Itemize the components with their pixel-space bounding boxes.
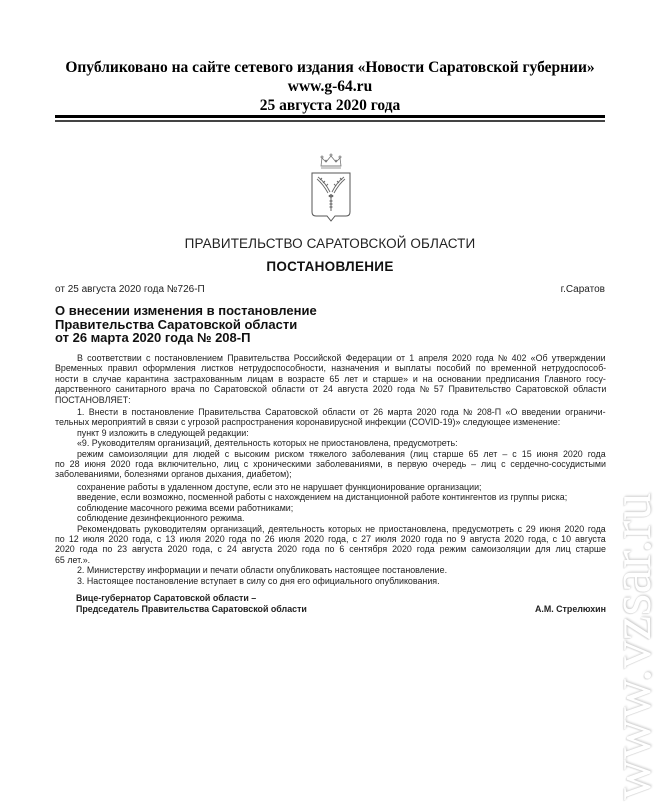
body-line: по 28 июня 2020 года включительно, лиц с…: [55, 459, 606, 469]
body-line: 2020 года по 23 августа 2020 года, с 24 …: [55, 544, 606, 554]
body-line: 1. Внести в постановление Правительства …: [55, 407, 606, 417]
body-line: ности в случае карантина застрахованным …: [55, 374, 606, 384]
body-line: Временных правил оформления листков нетр…: [55, 363, 606, 373]
signatory-name: А.М. Стрелюхин: [535, 604, 606, 615]
point9-heading: «9. Руководителям организаций, деятельно…: [55, 438, 606, 448]
subject-line: от 26 марта 2020 года № 208-П: [55, 331, 317, 345]
item-2: 2. Министерству информации и печати обла…: [55, 565, 606, 575]
body-line: режим самоизоляции для людей с высоким р…: [55, 449, 606, 459]
subject-line: О внесении изменения в постановление: [55, 304, 317, 318]
measure-item: соблюдение масочного режима всеми работн…: [55, 503, 606, 513]
body-line: дарственного санитарного врача по Сарато…: [55, 384, 606, 394]
preamble-paragraph: В соответствии с постановлением Правител…: [55, 353, 606, 405]
body-line: 65 лет.».: [55, 555, 606, 565]
document-meta: от 25 августа 2020 года №726-П г.Саратов: [55, 284, 605, 295]
measures-list: сохранение работы в удаленном доступе, е…: [55, 482, 606, 524]
measure-item: введение, если возможно, посменной работ…: [55, 492, 606, 502]
body-line: Рекомендовать руководителям организаций,…: [55, 524, 606, 534]
publication-date: 25 августа 2020 года: [0, 96, 660, 115]
body-line: по 12 июля 2020 года, с 13 июля 2020 год…: [55, 534, 606, 544]
header-divider-thin: [55, 120, 605, 122]
header-divider-thick: [55, 115, 605, 118]
document-city: г.Саратов: [561, 284, 605, 295]
point9-intro: пункт 9 изложить в следующей редакции:: [55, 428, 606, 438]
publication-site: www.g-64.ru: [0, 77, 660, 96]
measure-item: соблюдение дезинфекционного режима.: [55, 513, 606, 523]
saratov-coat-of-arms-icon: [306, 152, 356, 224]
self-isolation-paragraph: режим самоизоляции для людей с высоким р…: [55, 449, 606, 480]
publication-header: Опубликовано на сайте сетевого издания «…: [0, 58, 660, 115]
signatory-position: Председатель Правительства Саратовской о…: [76, 604, 606, 615]
document-date-number: от 25 августа 2020 года №726-П: [55, 284, 205, 295]
publication-notice: Опубликовано на сайте сетевого издания «…: [0, 58, 660, 77]
body-line: заболеваниями, болезнями органов дыхания…: [55, 469, 606, 479]
item-3: 3. Настоящее постановление вступает в си…: [55, 576, 606, 586]
document-subject: О внесении изменения в постановление Пра…: [55, 304, 317, 345]
body-line: ПОСТАНОВЛЯЕТ:: [55, 395, 606, 405]
document-body: В соответствии с постановлением Правител…: [55, 353, 606, 586]
signatory-position: Вице-губернатор Саратовской области –: [76, 593, 606, 604]
signature-block: Вице-губернатор Саратовской области – Пр…: [76, 593, 606, 614]
recommendation-paragraph: Рекомендовать руководителям организаций,…: [55, 524, 606, 566]
subject-line: Правительства Саратовской области: [55, 318, 317, 332]
watermark: www.vzsar.ru: [604, 493, 660, 800]
government-authority: ПРАВИТЕЛЬСТВО САРАТОВСКОЙ ОБЛАСТИ: [0, 236, 660, 251]
item-1-paragraph: 1. Внести в постановление Правительства …: [55, 407, 606, 428]
document-type: ПОСТАНОВЛЕНИЕ: [0, 259, 660, 274]
body-line: В соответствии с постановлением Правител…: [55, 353, 606, 363]
measure-item: сохранение работы в удаленном доступе, е…: [55, 482, 606, 492]
body-line: тельных мероприятий в связи с угрозой ра…: [55, 417, 606, 427]
